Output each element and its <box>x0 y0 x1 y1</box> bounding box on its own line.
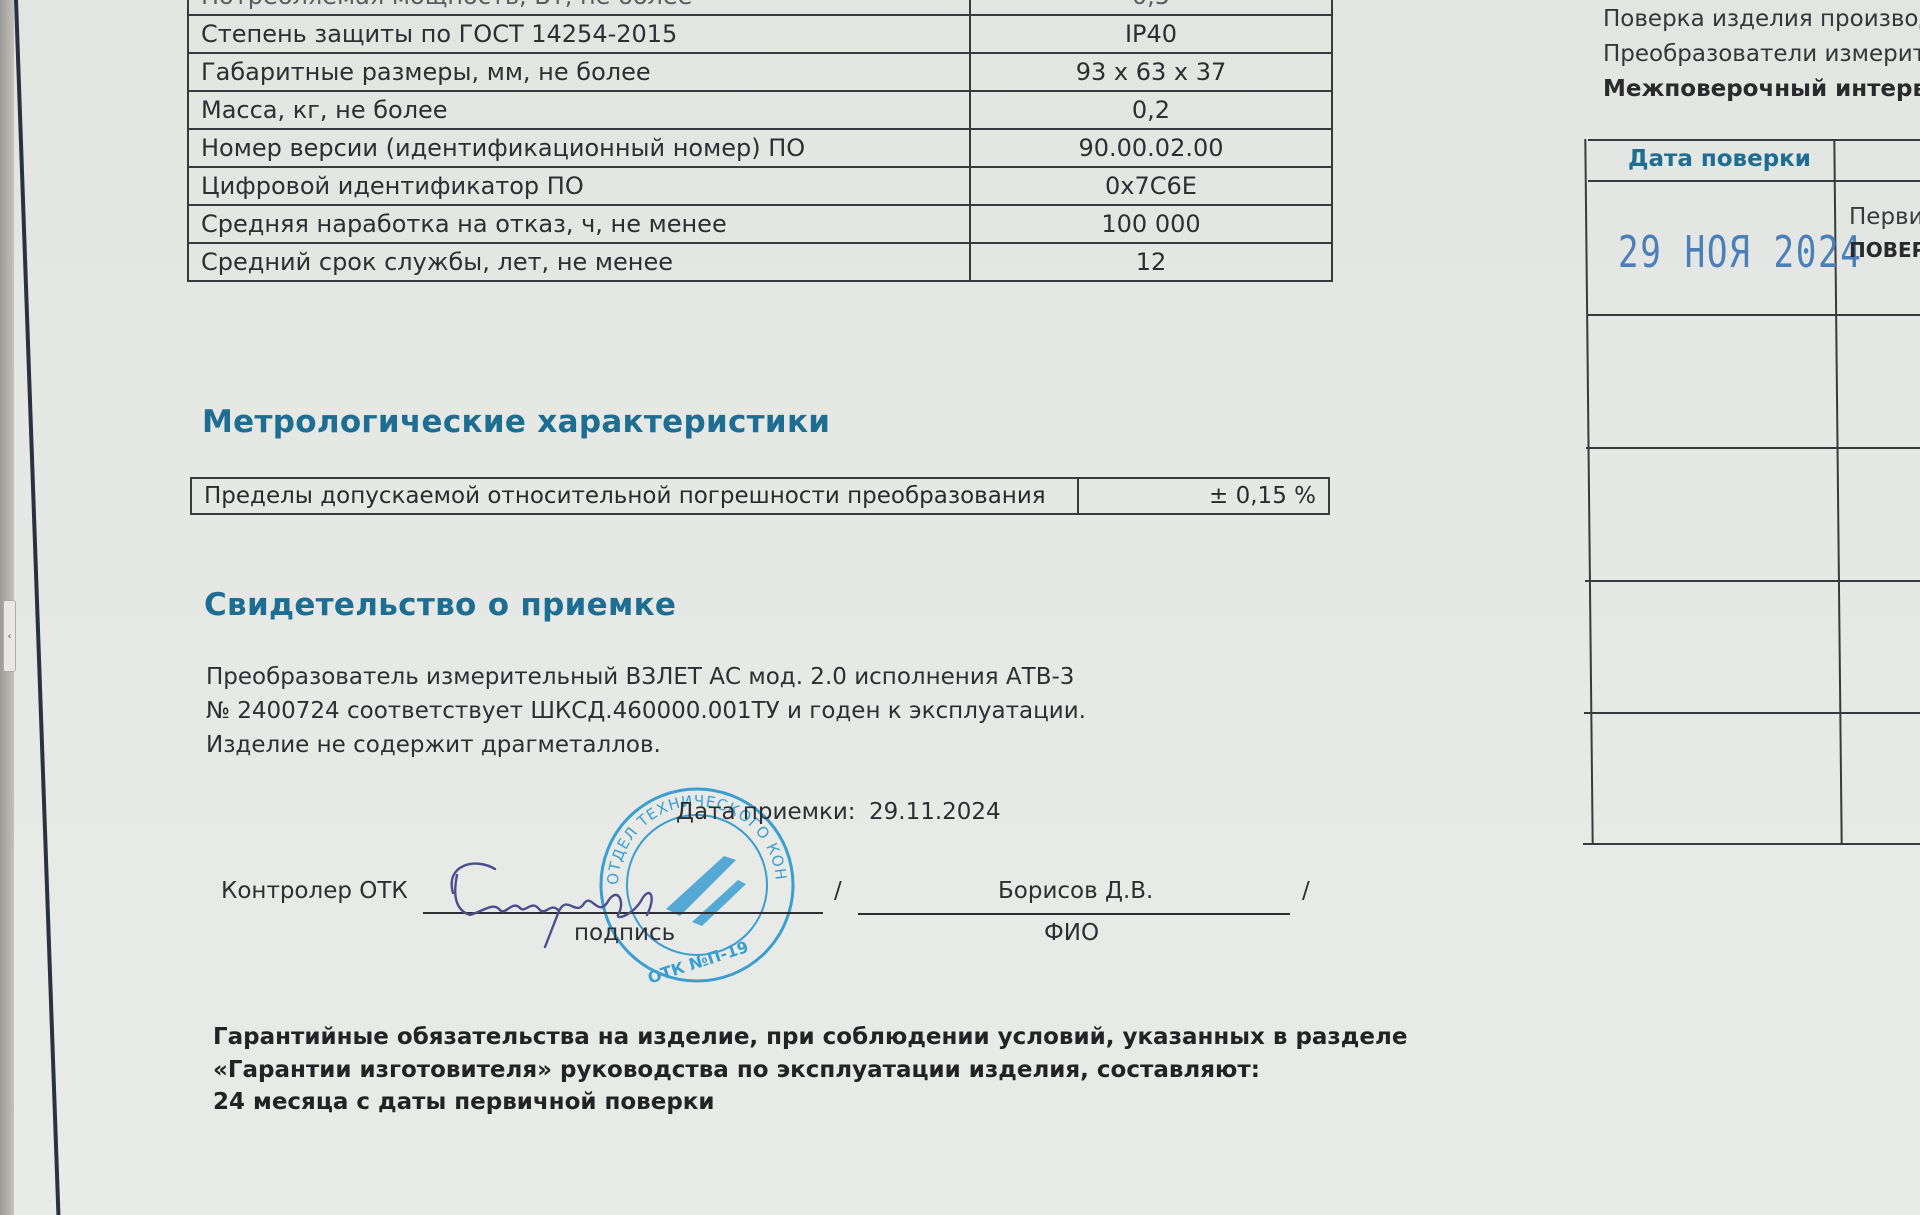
spec-label: Номер версии (идентификационный номер) П… <box>188 129 970 167</box>
verification-line-2: Преобразователи измерите <box>1603 41 1920 67</box>
acceptance-line-2: № 2400724 соответствует ШКСД.460000.001Т… <box>206 698 1086 724</box>
chevron-left-icon: ‹ <box>8 631 12 642</box>
verification-type: Перви <box>1849 204 1920 230</box>
table-row: Средний срок службы, лет, не менее 12 <box>188 243 1332 281</box>
spec-label: Потребляемая мощность, Вт, не более <box>188 0 970 15</box>
spec-value: 0,2 <box>970 91 1332 129</box>
spec-label: Габаритные размеры, мм, не более <box>188 53 970 91</box>
metrology-heading: Метрологические характеристики <box>202 404 830 440</box>
spec-value: 100 000 <box>970 205 1332 243</box>
acceptance-date-value: 29.11.2024 <box>869 799 1001 825</box>
spec-label: Цифровой идентификатор ПО <box>188 167 970 205</box>
verification-interval: Межповерочный интерва <box>1603 76 1920 102</box>
spec-value: 90.00.02.00 <box>970 129 1332 167</box>
acceptance-line-1: Преобразователь измерительный ВЗЛЕТ АС м… <box>206 664 1074 690</box>
warranty-line-1: Гарантийные обязательства на изделие, пр… <box>213 1024 1407 1050</box>
metrology-table: Пределы допускаемой относительной погреш… <box>190 477 1330 515</box>
spec-label: Средний срок службы, лет, не менее <box>188 243 970 281</box>
verification-date-stamp: 29 НОЯ 2024 <box>1618 227 1862 278</box>
spec-value: 0x7C6E <box>970 167 1332 205</box>
verification-date-header: Дата поверки <box>1628 146 1811 172</box>
table-row: Потребляемая мощность, Вт, не более 0,5 <box>188 0 1332 15</box>
spec-label: Масса, кг, не более <box>188 91 970 129</box>
table-row: Средняя наработка на отказ, ч, не менее … <box>188 205 1332 243</box>
controller-label: Контролер ОТК <box>221 878 408 904</box>
acceptance-line-3: Изделие не содержит драгметаллов. <box>206 732 661 758</box>
verification-line-1: Поверка изделия производ <box>1603 6 1920 32</box>
verification-type-bold: ПОВЕРІ <box>1849 238 1920 262</box>
document-page: ‹ Потребляемая мощность, Вт, не более 0,… <box>0 0 1920 1215</box>
warranty-line-3: 24 месяца с даты первичной поверки <box>213 1089 715 1115</box>
name-caption: ФИО <box>1044 920 1099 946</box>
table-row: Цифровой идентификатор ПО 0x7C6E <box>188 167 1332 205</box>
name-line <box>858 913 1290 915</box>
spec-value: 0,5 <box>970 0 1332 15</box>
table-row: Масса, кг, не более 0,2 <box>188 91 1332 129</box>
spec-value: 93 х 63 х 37 <box>970 53 1332 91</box>
verification-table: Дата поверки 29 НОЯ 2024 Перви ПОВЕРІ <box>1583 139 1920 844</box>
handwritten-signature-icon <box>435 855 685 950</box>
spec-label: Средняя наработка на отказ, ч, не менее <box>188 205 970 243</box>
acceptance-date-label: Дата приемки: <box>676 799 856 825</box>
window-edge <box>14 0 60 1215</box>
warranty-line-2: «Гарантии изготовителя» руководства по э… <box>213 1057 1260 1083</box>
collapse-panel-button[interactable]: ‹ <box>3 600 16 672</box>
controller-name: Борисов Д.В. <box>998 878 1153 904</box>
separator-slash-end: / <box>1302 878 1310 904</box>
spec-value: 12 <box>970 243 1332 281</box>
table-row: Габаритные размеры, мм, не более 93 х 63… <box>188 53 1332 91</box>
table-row: Степень защиты по ГОСТ 14254-2015 IP40 <box>188 15 1332 53</box>
table-row: Номер версии (идентификационный номер) П… <box>188 129 1332 167</box>
acceptance-heading: Свидетельство о приемке <box>204 587 676 623</box>
metrology-label: Пределы допускаемой относительной погреш… <box>192 479 1079 513</box>
separator-slash: / <box>834 878 842 904</box>
metrology-value: ± 0,15 % <box>1079 479 1328 513</box>
spec-value: IP40 <box>970 15 1332 53</box>
specifications-table: Потребляемая мощность, Вт, не более 0,5 … <box>187 0 1333 282</box>
spec-label: Степень защиты по ГОСТ 14254-2015 <box>188 15 970 53</box>
